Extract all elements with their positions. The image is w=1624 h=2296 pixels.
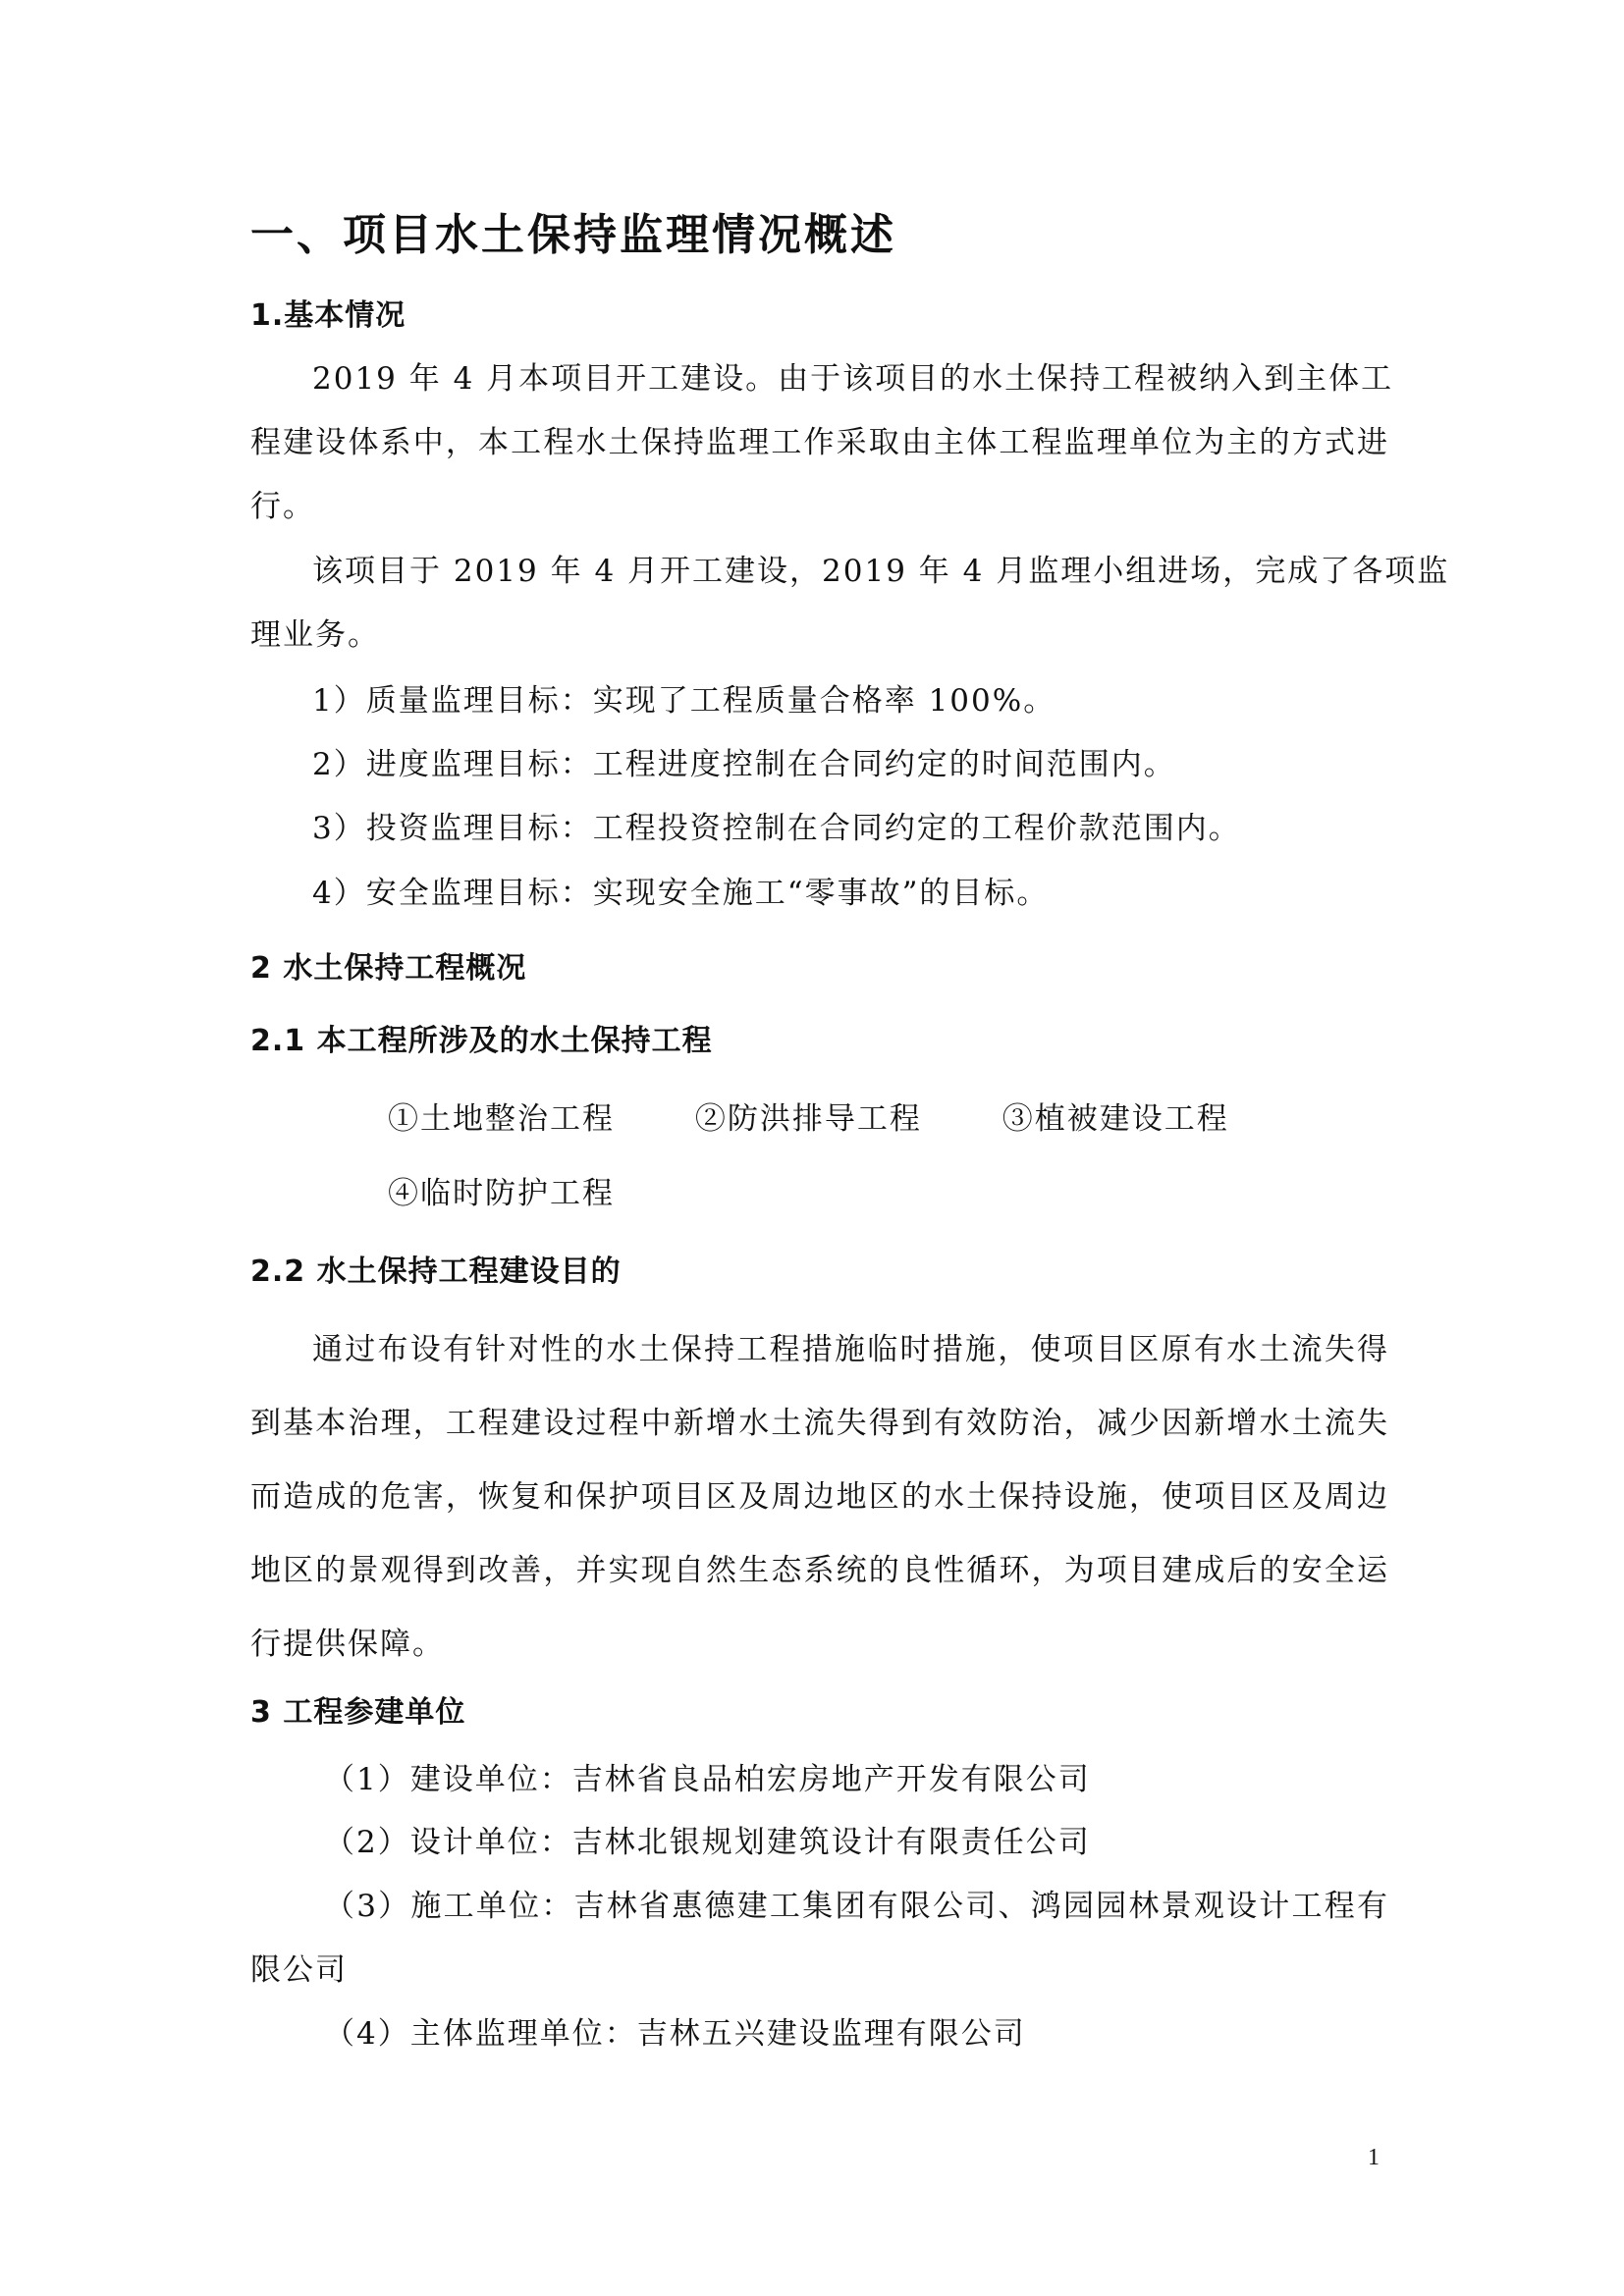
section-heading-basic-info: 1.基本情况 <box>250 296 406 336</box>
section-heading-participants: 3 工程参建单位 <box>250 1693 465 1733</box>
goal-item-safety: 4）安全监理目标：实现安全施工“零事故”的目标。 <box>312 874 1049 913</box>
page-number: 1 <box>1368 2145 1380 2171</box>
subsection-heading-2-2: 2.2 水土保持工程建设目的 <box>250 1253 622 1292</box>
goal-item-investment: 3）投资监理目标：工程投资控制在合同约定的工程价款范围内。 <box>312 809 1241 848</box>
paragraph-line: 到基本治理，工程建设过程中新增水土流失得到有效防治，减少因新增水土流失 <box>250 1404 1389 1443</box>
project-items-row: ①土地整治工程 ②防洪排导工程 ③植被建设工程 <box>388 1099 1298 1139</box>
paragraph-line: 程建设体系中，本工程水土保持监理工作采取由主体工程监理单位为主的方式进 <box>250 423 1389 462</box>
section-heading-overview: 2 水土保持工程概况 <box>250 949 526 988</box>
goal-item-quality: 1）质量监理目标：实现了工程质量合格率 100%。 <box>312 681 1056 721</box>
unit-item-contractor-cont: 限公司 <box>250 1950 348 1990</box>
paragraph-line: 理业务。 <box>250 615 380 655</box>
paragraph-line: 该项目于 2019 年 4 月开工建设，2019 年 4 月监理小组进场，完成了… <box>312 552 1389 591</box>
paragraph-line: 而造成的危害，恢复和保护项目区及周边地区的水土保持设施，使项目区及周边 <box>250 1477 1389 1517</box>
unit-item-construction: （1）建设单位：吉林省良品柏宏房地产开发有限公司 <box>324 1760 1091 1799</box>
project-item: ①土地整治工程 <box>388 1101 615 1137</box>
project-item: ②防洪排导工程 <box>695 1101 922 1137</box>
unit-item-contractor: （3）施工单位：吉林省惠德建工集团有限公司、鸿园园林景观设计工程有 <box>324 1887 1389 1926</box>
page-title: 一、项目水土保持监理情况概述 <box>250 208 896 263</box>
paragraph-line: 2019 年 4 月本项目开工建设。由于该项目的水土保持工程被纳入到主体工 <box>312 359 1389 399</box>
paragraph-line: 通过布设有针对性的水土保持工程措施临时措施，使项目区原有水土流失得 <box>312 1330 1389 1369</box>
document-page: 一、项目水土保持监理情况概述 1.基本情况 2019 年 4 月本项目开工建设。… <box>0 0 1624 2296</box>
project-item: ③植被建设工程 <box>1002 1101 1229 1137</box>
project-item: ④临时防护工程 <box>388 1174 615 1213</box>
goal-item-schedule: 2）进度监理目标：工程进度控制在合同约定的时间范围内。 <box>312 745 1176 784</box>
paragraph-line: 行提供保障。 <box>250 1625 445 1664</box>
unit-item-supervision: （4）主体监理单位：吉林五兴建设监理有限公司 <box>324 2014 1026 2054</box>
paragraph-line: 地区的景观得到改善，并实现自然生态系统的良性循环，为项目建成后的安全运 <box>250 1551 1389 1590</box>
paragraph-line: 行。 <box>250 487 315 526</box>
unit-item-design: （2）设计单位：吉林北银规划建筑设计有限责任公司 <box>324 1823 1091 1862</box>
subsection-heading-2-1: 2.1 本工程所涉及的水土保持工程 <box>250 1022 713 1061</box>
